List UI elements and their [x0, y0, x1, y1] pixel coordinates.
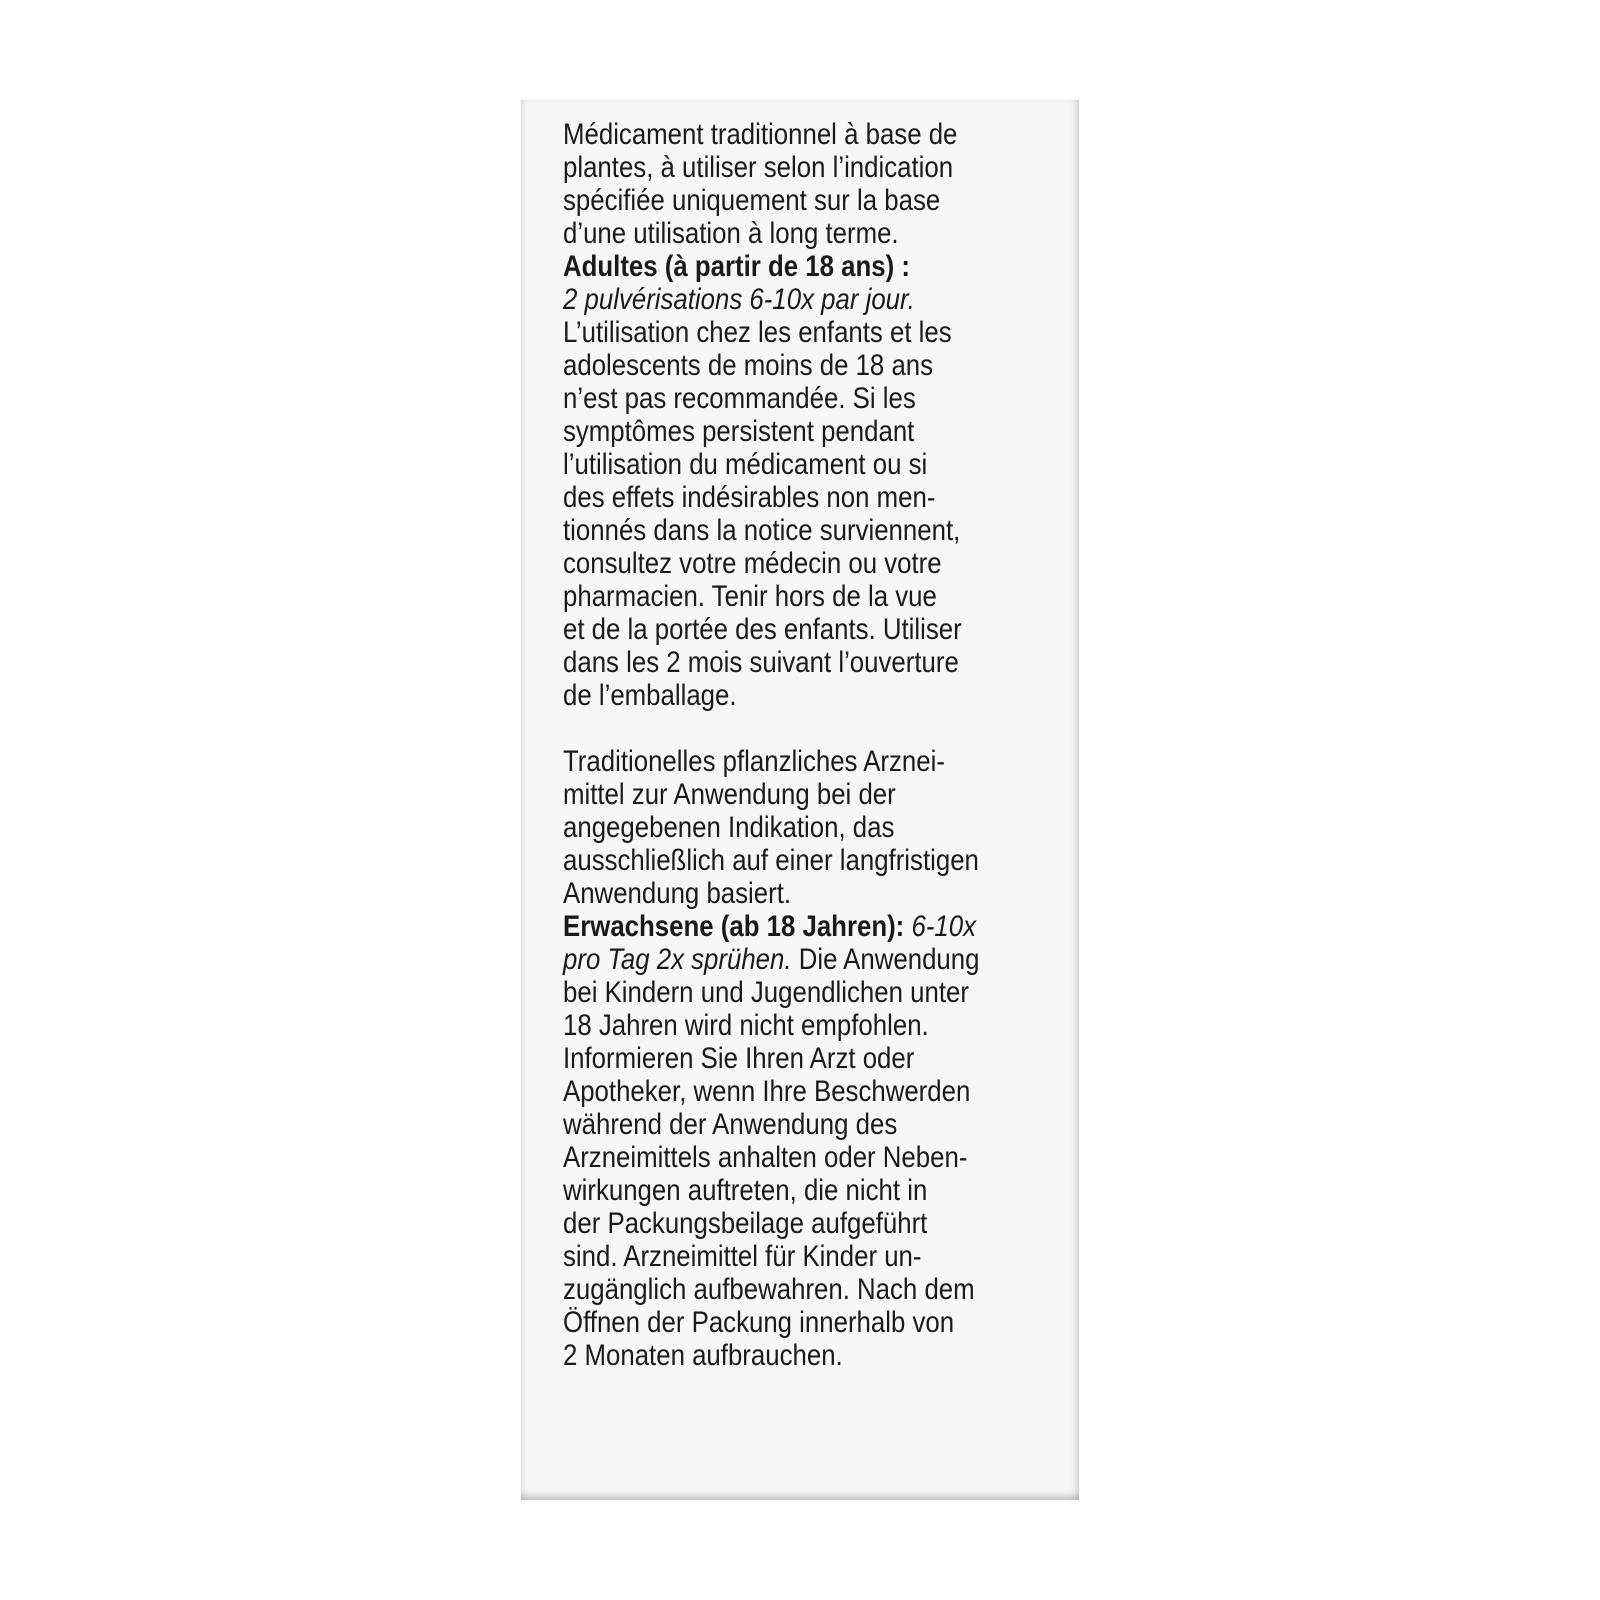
dosage-heading-de: Erwachsene (ab 18 Jahren): [563, 910, 904, 943]
dosage-text-de-2: pro Tag 2x sprühen. [563, 943, 792, 976]
text-line: spécifiée uniquement sur la base [563, 184, 979, 217]
text-line: n’est pas recommandée. Si les [563, 382, 979, 415]
text-line: Médicament traditionnel à base de [563, 118, 979, 151]
text-line: consultez votre médecin ou votre [563, 547, 979, 580]
text-line: Informieren Sie Ihren Arzt oder [563, 1042, 979, 1075]
text-line: während der Anwendung des [563, 1108, 979, 1141]
text-line: Öffnen der Packung innerhalb von [563, 1306, 979, 1339]
text-line: dans les 2 mois suivant l’ouverture [563, 646, 979, 679]
text-line: plantes, à utiliser selon l’indication [563, 151, 979, 184]
dosage-text-fr: 2 pulvérisations 6-10x par jour. [563, 283, 979, 316]
dosage-line-de: Erwachsene (ab 18 Jahren): 6-10x [563, 910, 979, 943]
dosage-line-de-2: pro Tag 2x sprühen. Die Anwendung [563, 943, 979, 976]
text-line: Apotheker, wenn Ihre Beschwerden [563, 1075, 979, 1108]
text-line: 2 Monaten aufbrauchen. [563, 1339, 979, 1372]
text-line: Anwendung basiert. [563, 877, 979, 910]
text-line: des effets indésirables non men- [563, 481, 979, 514]
text-line: angegebenen Indikation, das [563, 811, 979, 844]
text-line: bei Kindern und Jugendlichen unter [563, 976, 979, 1009]
section-spacer [563, 712, 1047, 745]
text-line: ausschließlich auf einer langfristigen [563, 844, 979, 877]
text-line: adolescents de moins de 18 ans [563, 349, 979, 382]
text-line: Traditionelles pflanzliches Arznei- [563, 745, 979, 778]
text-line: L’utilisation chez les enfants et les [563, 316, 979, 349]
text-line: l’utilisation du médicament ou si [563, 448, 979, 481]
text-line: der Packungsbeilage aufgeführt [563, 1207, 979, 1240]
text-line: de l’emballage. [563, 679, 979, 712]
text-line: symptômes persistent pendant [563, 415, 979, 448]
french-section: Médicament traditionnel à base de plante… [563, 118, 1047, 712]
text-line: wirkungen auftreten, die nicht in [563, 1174, 979, 1207]
text-line: d’une utilisation à long terme. [563, 217, 979, 250]
text-line: sind. Arzneimittel für Kinder un- [563, 1240, 979, 1273]
label-text: Médicament traditionnel à base de plante… [563, 118, 1047, 1372]
german-section: Traditionelles pflanzliches Arznei- mitt… [563, 745, 1047, 1372]
text-line: zugänglich aufbewahren. Nach dem [563, 1273, 979, 1306]
text-line: 18 Jahren wird nicht empfohlen. [563, 1009, 979, 1042]
text-line: pharmacien. Tenir hors de la vue [563, 580, 979, 613]
text-line: Arzneimittels anhalten oder Neben- [563, 1141, 979, 1174]
dosage-heading-fr: Adultes (à partir de 18 ans) : [563, 250, 979, 283]
package-label-panel: Médicament traditionnel à base de plante… [521, 100, 1079, 1500]
dosage-after-de: Die Anwendung [799, 943, 980, 976]
text-line: mittel zur Anwendung bei der [563, 778, 979, 811]
text-line: tionnés dans la notice surviennent, [563, 514, 979, 547]
text-line: et de la portée des enfants. Utiliser [563, 613, 979, 646]
dosage-text-de-1: 6-10x [911, 910, 976, 943]
